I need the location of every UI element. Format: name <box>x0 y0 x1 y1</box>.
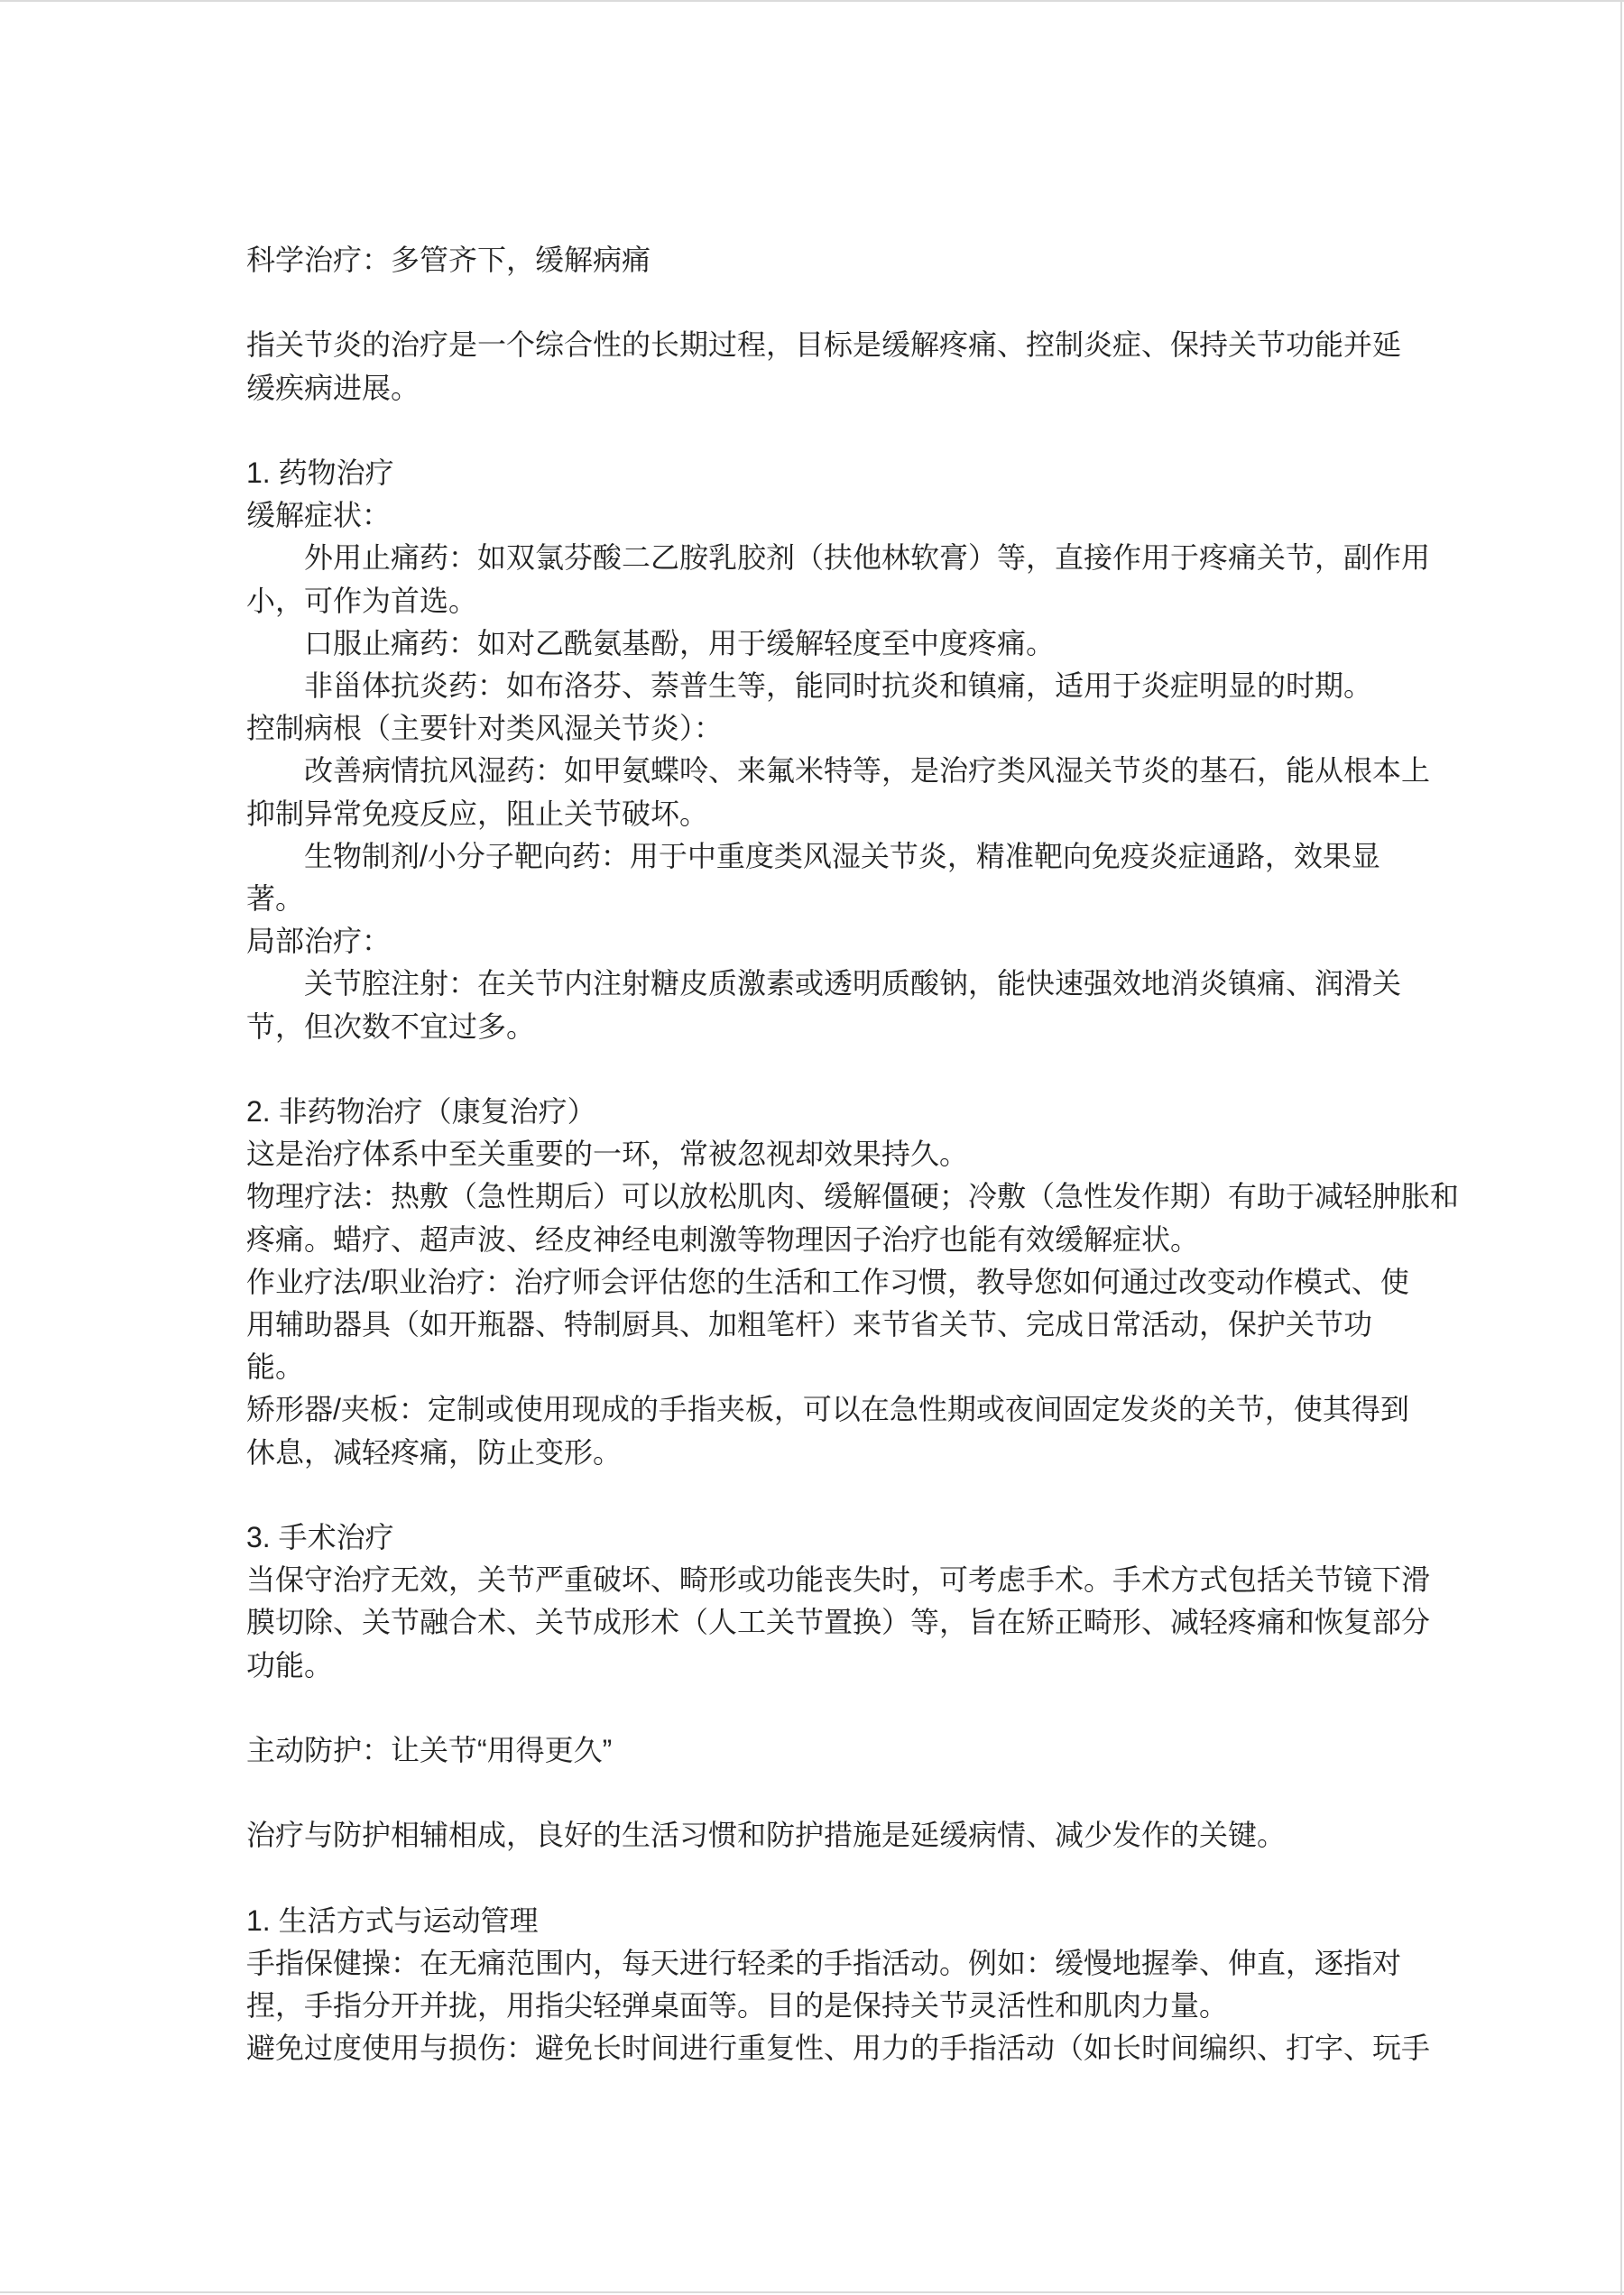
paragraph: 主动防护：让关节“用得更久” <box>246 1729 1459 1772</box>
blank-line <box>246 1857 1459 1900</box>
paragraph: 矫形器/夹板：定制或使用现成的手指夹板，可以在急性期或夜间固定发炎的关节，使其得… <box>246 1388 1459 1473</box>
paragraph: 1. 药物治疗 <box>246 452 1459 494</box>
page-right-border <box>1620 0 1622 2295</box>
paragraph: 当保守治疗无效，关节严重破坏、畸形或功能丧失时，可考虑手术。手术方式包括关节镜下… <box>246 1559 1459 1687</box>
blank-line <box>246 1474 1459 1516</box>
blank-line <box>246 281 1459 324</box>
paragraph: 改善病情抗风湿药：如甲氨蝶呤、来氟米特等，是治疗类风湿关节炎的基石，能从根本上 … <box>246 750 1459 834</box>
paragraph: 手指保健操：在无痛范围内，每天进行轻柔的手指活动。例如：缓慢地握拳、伸直，逐指对… <box>246 1942 1459 2027</box>
blank-line <box>246 1687 1459 1729</box>
paragraph: 3. 手术治疗 <box>246 1516 1459 1559</box>
paragraph: 外用止痛药：如双氯芬酸二乙胺乳胶剂（扶他林软膏）等，直接作用于疼痛关节，副作用 … <box>246 537 1459 622</box>
paragraph: 生物制剂/小分子靶向药：用于中重度类风湿关节炎，精准靶向免疫炎症通路，效果显 著… <box>246 835 1459 920</box>
paragraph: 指关节炎的治疗是一个综合性的长期过程，目标是缓解疼痛、控制炎症、保持关节功能并延… <box>246 324 1459 409</box>
paragraph: 关节腔注射：在关节内注射糖皮质激素或透明质酸钠，能快速强效地消炎镇痛、润滑关 节… <box>246 963 1459 1047</box>
paragraph: 非甾体抗炎药：如布洛芬、萘普生等，能同时抗炎和镇痛，适用于炎症明显的时期。 <box>246 665 1459 707</box>
paragraph: 2. 非药物治疗（康复治疗） <box>246 1091 1459 1133</box>
paragraph: 这是治疗体系中至关重要的一环，常被忽视却效果持久。 <box>246 1133 1459 1175</box>
paragraph: 局部治疗： <box>246 920 1459 963</box>
paragraph: 1. 生活方式与运动管理 <box>246 1900 1459 1942</box>
document-body: 科学治疗：多管齐下，缓解病痛指关节炎的治疗是一个综合性的长期过程，目标是缓解疼痛… <box>246 239 1459 2070</box>
page-top-border <box>0 0 1624 2</box>
paragraph: 控制病根（主要针对类风湿关节炎）： <box>246 707 1459 750</box>
document-page: 科学治疗：多管齐下，缓解病痛指关节炎的治疗是一个综合性的长期过程，目标是缓解疼痛… <box>0 0 1624 2295</box>
blank-line <box>246 410 1459 452</box>
paragraph: 缓解症状： <box>246 494 1459 537</box>
paragraph: 作业疗法/职业治疗：治疗师会评估您的生活和工作习惯，教导您如何通过改变动作模式、… <box>246 1261 1459 1389</box>
paragraph: 治疗与防护相辅相成，良好的生活习惯和防护措施是延缓病情、减少发作的关键。 <box>246 1814 1459 1857</box>
paragraph: 科学治疗：多管齐下，缓解病痛 <box>246 239 1459 281</box>
paragraph: 避免过度使用与损伤：避免长时间进行重复性、用力的手指活动（如长时间编织、打字、玩… <box>246 2027 1459 2069</box>
blank-line <box>246 1772 1459 1814</box>
blank-line <box>246 1048 1459 1091</box>
paragraph: 口服止痛药：如对乙酰氨基酚，用于缓解轻度至中度疼痛。 <box>246 622 1459 665</box>
paragraph: 物理疗法：热敷（急性期后）可以放松肌肉、缓解僵硬；冷敷（急性发作期）有助于减轻肿… <box>246 1175 1459 1260</box>
page-bottom-border <box>0 2291 1624 2293</box>
